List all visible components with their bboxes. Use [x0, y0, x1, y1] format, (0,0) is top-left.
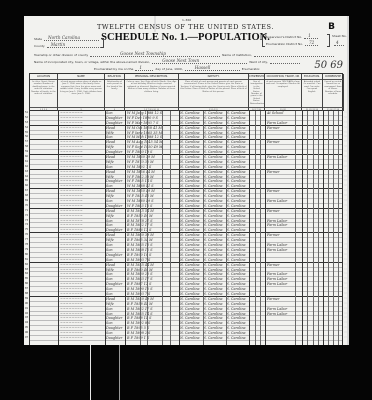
cell-relation: Daughter [106, 253, 124, 257]
cell-birth: N. Carolina [180, 204, 203, 208]
cell-occ: Farm Labor [267, 223, 301, 227]
form-number: 1–366 [182, 18, 191, 22]
enumerated-day: 1 [139, 65, 142, 70]
cell-mother: N. Carolina [226, 145, 249, 149]
cell-occ: Farm Labor [267, 248, 301, 252]
cell-father: N. Carolina [203, 121, 226, 125]
cell-occ [267, 316, 301, 320]
column-group-header: EDUCATION.Attended school (in months). C… [302, 74, 323, 111]
cell-name: ~~~~~~~~ [60, 150, 104, 154]
cell-mother: N. Carolina [226, 233, 249, 237]
cell-occ [267, 268, 301, 272]
column-group-description: of each person whose place of abode on J… [58, 80, 104, 105]
cell-birth: N. Carolina [180, 214, 203, 218]
cell-dwelling [32, 268, 56, 272]
cell-father: N. Carolina [203, 170, 226, 174]
cell-dwelling [32, 194, 56, 198]
cell-mother: N. Carolina [226, 321, 249, 325]
cell-name: ~~~~~~~~ [60, 131, 104, 135]
cell-birth: N. Carolina [180, 219, 203, 223]
cell-relation: Son [106, 258, 124, 262]
cell-relation: Son [106, 277, 124, 281]
cell-dwelling [32, 116, 56, 120]
cell-name: ~~~~~~~~ [60, 253, 104, 257]
cell-relation: Son [106, 184, 124, 188]
cell-mother: N. Carolina [226, 214, 249, 218]
column-group-description: Place of birth of each person and parent… [179, 80, 248, 105]
cell-mother: N. Carolina [226, 131, 249, 135]
cell-mother: N. Carolina [226, 268, 249, 272]
cell-mother: N. Carolina [226, 238, 249, 242]
column-group-header: OCCUPATION, TRADE, OR PROFESSIONof each … [265, 74, 302, 111]
cell-name: ~~~~~~~~ [60, 194, 104, 198]
cell-father: N. Carolina [203, 199, 226, 203]
cell-birth: N. Carolina [180, 199, 203, 203]
cell-occ: Farm Labor [267, 243, 301, 247]
column-group-header: PERSONAL DESCRIPTION.Color or race. Sex.… [125, 74, 179, 111]
cell-father: N. Carolina [203, 297, 226, 301]
cell-name: ~~~~~~~~ [60, 145, 104, 149]
cell-dwelling [32, 219, 56, 223]
grid-line [338, 111, 339, 347]
cell-dwelling [32, 228, 56, 232]
cell-birth: N. Carolina [180, 282, 203, 286]
cell-mother: N. Carolina [226, 111, 249, 115]
cell-dwelling [32, 145, 56, 149]
cell-mother: N. Carolina [226, 248, 249, 252]
cell-occ [267, 131, 301, 135]
cell-relation: Head [106, 297, 124, 301]
cell-father: N. Carolina [203, 277, 226, 281]
cell-father: N. Carolina [203, 307, 226, 311]
cell-relation: Son [106, 272, 124, 276]
grid-line [147, 111, 148, 347]
cell-relation: Head [106, 209, 124, 213]
enumeration-district-value: 72 [309, 40, 314, 45]
cell-mother: N. Carolina [226, 326, 249, 330]
cell-name: ~~~~~~~~ [60, 326, 104, 330]
cell-dwelling [32, 238, 56, 242]
cell-mother: N. Carolina [226, 228, 249, 232]
cell-mother: N. Carolina [226, 155, 249, 159]
cell-dwelling [32, 297, 56, 301]
bracket [327, 34, 330, 47]
cell-mother: N. Carolina [226, 316, 249, 320]
cell-father: N. Carolina [203, 336, 226, 340]
grid-line [226, 111, 227, 347]
cell-mother: N. Carolina [226, 199, 249, 203]
township-label: Township or other division of county [34, 53, 88, 57]
grid-line [328, 111, 329, 347]
cell-dwelling [32, 199, 56, 203]
cell-dwelling [32, 307, 56, 311]
grid-line [333, 111, 334, 347]
cell-birth: N. Carolina [180, 150, 203, 154]
township-value: Goose Nest Township [120, 51, 166, 56]
grid-line [313, 111, 314, 347]
column-group-header: CITIZENSHIP.Year of immigration to the U… [249, 74, 265, 111]
cell-occ: Farm Labor [267, 121, 301, 125]
state-value: North Carolina [48, 35, 80, 40]
cell-mother: N. Carolina [226, 272, 249, 276]
cell-dwelling [32, 175, 56, 179]
cell-birth: N. Carolina [180, 287, 203, 291]
cell-name: ~~~~~~~~ [60, 165, 104, 169]
cell-mother: N. Carolina [226, 243, 249, 247]
column-group-header: OWNERSHIP OF HOME.Owned or rented. Owned… [323, 74, 344, 111]
cell-occ: At School [267, 111, 301, 115]
cell-father: N. Carolina [203, 238, 226, 242]
grid-line [307, 111, 308, 347]
cell-name: ~~~~~~~~ [60, 272, 104, 276]
sheet-no-value-field: 4 [334, 41, 344, 46]
cell-mother: N. Carolina [226, 179, 249, 183]
cell-mother: N. Carolina [226, 170, 249, 174]
cell-name: ~~~~~~~~ [60, 219, 104, 223]
city-value: Goose Nest Town [162, 58, 199, 63]
line-number: 97 [22, 336, 28, 341]
cell-father: N. Carolina [203, 131, 226, 135]
cell-father: N. Carolina [203, 331, 226, 335]
cell-birth: N. Carolina [180, 116, 203, 120]
cell-mother: N. Carolina [226, 150, 249, 154]
cell-birth: N. Carolina [180, 131, 203, 135]
cell-name: ~~~~~~~~ [60, 258, 104, 262]
cell-birth: N. Carolina [180, 184, 203, 188]
cell-relation: Head [106, 263, 124, 267]
cell-occ: Farmer [267, 170, 301, 174]
cell-name: ~~~~~~~~ [60, 116, 104, 120]
sheet-letter: B [328, 22, 335, 32]
grid-line [170, 111, 171, 347]
column-group-header: NATIVITY.Place of birth of each person a… [179, 74, 249, 111]
grid-line [105, 111, 106, 347]
cell-occ [267, 258, 301, 262]
cell-father: N. Carolina [203, 287, 226, 291]
cell-occ [267, 326, 301, 330]
grid-line [140, 111, 141, 347]
cell-relation: Wife [106, 268, 124, 272]
table-header: LOCATIONIn cities. Street. House number.… [30, 74, 342, 111]
enumerator-label: Enumerator. [242, 67, 260, 71]
cell-relation: Son [106, 321, 124, 325]
cell-name: ~~~~~~~~ [60, 321, 104, 325]
census-heading: TWELFTH CENSUS OF THE UNITED STATES. [24, 23, 347, 31]
cell-name: ~~~~~~~~ [60, 204, 104, 208]
cell-occ [267, 228, 301, 232]
cell-dwelling [32, 277, 56, 281]
cell-dwelling [32, 263, 56, 267]
line-numbers-left: 5152535455565758596061626364656667686970… [22, 111, 28, 341]
cell-name: ~~~~~~~~ [60, 316, 104, 320]
cell-dwelling [32, 204, 56, 208]
grid-line [318, 111, 319, 347]
cell-birth: N. Carolina [180, 243, 203, 247]
cell-birth: N. Carolina [180, 272, 203, 276]
cell-mother: N. Carolina [226, 263, 249, 267]
scan-artifact [90, 345, 91, 400]
cell-name: ~~~~~~~~ [60, 336, 104, 340]
cell-occ: Farm Labor [267, 277, 301, 281]
cell-relation: Son [106, 307, 124, 311]
cell-dwelling [32, 165, 56, 169]
cell-dwelling [32, 253, 56, 257]
cell-occ [267, 302, 301, 306]
cell-birth: N. Carolina [180, 326, 203, 330]
cell-birth: N. Carolina [180, 263, 203, 267]
column-group-description: Attended school (in months). Can read. C… [302, 80, 322, 105]
cell-birth: N. Carolina [180, 194, 203, 198]
sheet-no-label: Sheet No. [332, 34, 347, 38]
cell-birth: N. Carolina [180, 145, 203, 149]
cell-father: N. Carolina [203, 160, 226, 164]
bracket [101, 38, 104, 48]
cell-occ: Farm Labor [267, 219, 301, 223]
cell-birth: N. Carolina [180, 111, 203, 115]
cell-name: ~~~~~~~~ [60, 307, 104, 311]
city-field: Name of incorporated city, town, or vill… [34, 59, 300, 64]
cell-birth: N. Carolina [180, 268, 203, 272]
cell-birth: N. Carolina [180, 312, 203, 316]
cell-father: N. Carolina [203, 179, 226, 183]
cell-dwelling [32, 316, 56, 320]
grid-line [203, 111, 204, 347]
cell-father: N. Carolina [203, 184, 226, 188]
cell-dwelling [32, 179, 56, 183]
cell-father: N. Carolina [203, 248, 226, 252]
cell-birth: N. Carolina [180, 175, 203, 179]
cell-occ: Farmer [267, 233, 301, 237]
cell-relation: Wife [106, 238, 124, 242]
cell-father: N. Carolina [203, 282, 226, 286]
cell-birth: N. Carolina [180, 209, 203, 213]
cell-relation: Wife [106, 160, 124, 164]
cell-dwelling [32, 272, 56, 276]
cell-mother: N. Carolina [226, 126, 249, 130]
cell-birth: N. Carolina [180, 160, 203, 164]
enumeration-district-label: Enumeration District No. [266, 42, 303, 46]
cell-occ [267, 175, 301, 179]
census-page: 1–366 TWELFTH CENSUS OF THE UNITED STATE… [24, 16, 349, 350]
cell-relation: Head [106, 170, 124, 174]
cell-mother: N. Carolina [226, 336, 249, 340]
grid-line [179, 111, 180, 347]
cell-occ [267, 135, 301, 139]
enumerator-signature: Hassell [195, 65, 211, 70]
cell-dwelling [32, 282, 56, 286]
cell-father: N. Carolina [203, 321, 226, 325]
cell-name: ~~~~~~~~ [60, 170, 104, 174]
cell-occ [267, 321, 301, 325]
grid-line [255, 111, 256, 347]
cell-father: N. Carolina [203, 116, 226, 120]
cell-relation: Son [106, 219, 124, 223]
cell-occ: Farm Labor [267, 312, 301, 316]
cell-father: N. Carolina [203, 326, 226, 330]
cell-birth: N. Carolina [180, 155, 203, 159]
cell-mother: N. Carolina [226, 297, 249, 301]
cell-name: ~~~~~~~~ [60, 135, 104, 139]
cell-father: N. Carolina [203, 268, 226, 272]
cell-father: N. Carolina [203, 292, 226, 296]
cell-birth: N. Carolina [180, 140, 203, 144]
cell-mother: N. Carolina [226, 121, 249, 125]
county-label: County [34, 44, 45, 48]
cell-relation: Son [106, 243, 124, 247]
cell-mother: N. Carolina [226, 292, 249, 296]
cell-dwelling [32, 302, 56, 306]
cell-relation: Daughter [106, 336, 124, 340]
cell-dwelling [32, 233, 56, 237]
cell-dwelling [32, 331, 56, 335]
state-field: State North Carolina [34, 36, 99, 41]
cell-birth: N. Carolina [180, 135, 203, 139]
cell-relation: Son [106, 331, 124, 335]
cell-mother: N. Carolina [226, 204, 249, 208]
sheet-no-value: 4 [336, 40, 339, 45]
cell-mother: N. Carolina [226, 184, 249, 188]
cell-mother: N. Carolina [226, 189, 249, 193]
cell-relation: Son [106, 312, 124, 316]
cell-birth: N. Carolina [180, 228, 203, 232]
cell-dwelling [32, 121, 56, 125]
cell-birth: N. Carolina [180, 292, 203, 296]
city-label: Name of incorporated city, town, or vill… [34, 60, 150, 64]
cell-name: ~~~~~~~~ [60, 214, 104, 218]
institution-label: Name of Institution, [222, 53, 252, 57]
cell-name: ~~~~~~~~ [60, 302, 104, 306]
cell-relation: Daughter [106, 204, 124, 208]
cell-name: ~~~~~~~~ [60, 175, 104, 179]
cell-occ [267, 165, 301, 169]
grid-line [249, 111, 250, 347]
cell-name: ~~~~~~~~ [60, 263, 104, 267]
cell-birth: N. Carolina [180, 302, 203, 306]
cell-relation: Head [106, 155, 124, 159]
cell-mother: N. Carolina [226, 307, 249, 311]
county-field: County Martin [34, 43, 101, 48]
cell-name: ~~~~~~~~ [60, 199, 104, 203]
cell-birth: N. Carolina [180, 321, 203, 325]
cell-occ [267, 116, 301, 120]
cell-father: N. Carolina [203, 194, 226, 198]
bracket [262, 34, 265, 47]
supervisor-district-value: 1 [308, 33, 311, 38]
cell-name: ~~~~~~~~ [60, 243, 104, 247]
cell-birth: N. Carolina [180, 253, 203, 257]
cell-father: N. Carolina [203, 126, 226, 130]
cell-name: ~~~~~~~~ [60, 282, 104, 286]
cell-dwelling [32, 209, 56, 213]
cell-occ: Farm Labor [267, 155, 301, 159]
cell-occ [267, 194, 301, 198]
cell-father: N. Carolina [203, 253, 226, 257]
cell-dwelling [32, 312, 56, 316]
enumeration-district-field: Enumeration District No. 72 [266, 41, 318, 46]
cell-name: ~~~~~~~~ [60, 248, 104, 252]
grid-line [265, 111, 266, 347]
cell-name: ~~~~~~~~ [60, 331, 104, 335]
cell-dwelling [32, 126, 56, 130]
supervisor-district-field: Supervisor's District No. 1 [266, 34, 318, 39]
cell-birth: N. Carolina [180, 189, 203, 193]
cell-father: N. Carolina [203, 209, 226, 213]
cell-father: N. Carolina [203, 189, 226, 193]
cell-relation: Daughter [106, 282, 124, 286]
cell-mother: N. Carolina [226, 135, 249, 139]
cell-relation: Wife [106, 302, 124, 306]
column-group-description: Relationship of each person to the head … [105, 80, 124, 105]
cell-birth: N. Carolina [180, 126, 203, 130]
cell-birth: N. Carolina [180, 316, 203, 320]
cell-mother: N. Carolina [226, 312, 249, 316]
cell-mother: N. Carolina [226, 277, 249, 281]
cell-dwelling [32, 150, 56, 154]
cell-occ: Farm Labor [267, 199, 301, 203]
cell-father: N. Carolina [203, 302, 226, 306]
scan-artifact [119, 345, 120, 400]
cell-father: N. Carolina [203, 233, 226, 237]
enumerated-label: Enumerated by me on the [94, 67, 133, 71]
cell-father: N. Carolina [203, 272, 226, 276]
cell-occ: Farm Labor [267, 307, 301, 311]
cell-father: N. Carolina [203, 175, 226, 179]
cell-dwelling [32, 135, 56, 139]
cell-relation: Daughter [106, 316, 124, 320]
cell-occ [267, 253, 301, 257]
grid-line [295, 111, 296, 347]
cell-relation: Daughter [106, 228, 124, 232]
cell-dwelling [32, 248, 56, 252]
cell-dwelling [32, 131, 56, 135]
cell-birth: N. Carolina [180, 331, 203, 335]
cell-occ [267, 336, 301, 340]
cell-mother: N. Carolina [226, 282, 249, 286]
grid-line [302, 111, 303, 347]
cell-father: N. Carolina [203, 204, 226, 208]
cell-father: N. Carolina [203, 219, 226, 223]
cell-dwelling [32, 189, 56, 193]
cell-father: N. Carolina [203, 155, 226, 159]
grid-line [162, 111, 163, 347]
cell-dwelling [32, 170, 56, 174]
column-group-header: NAMEof each person whose place of abode … [58, 74, 105, 111]
grid-line [58, 111, 59, 347]
cell-name: ~~~~~~~~ [60, 297, 104, 301]
cell-birth: N. Carolina [180, 165, 203, 169]
cell-dwelling [32, 140, 56, 144]
cell-birth: N. Carolina [180, 238, 203, 242]
cell-relation: Wife [106, 131, 124, 135]
cell-father: N. Carolina [203, 263, 226, 267]
cell-occ: Farmer [267, 189, 301, 193]
sheet-no-field: Sheet No. [332, 34, 347, 38]
column-group-description: of each person TEN YEARS of age and over… [265, 80, 301, 105]
grid-line [125, 111, 126, 347]
line-number: 97 [344, 336, 350, 341]
cell-mother: N. Carolina [226, 175, 249, 179]
cell-dwelling [32, 243, 56, 247]
cell-birth: N. Carolina [180, 336, 203, 340]
cell-birth: N. Carolina [180, 121, 203, 125]
cell-dwelling [32, 214, 56, 218]
cell-name: ~~~~~~~~ [60, 126, 104, 130]
cell-name: ~~~~~~~~ [60, 179, 104, 183]
cell-father: N. Carolina [203, 214, 226, 218]
cell-dwelling [32, 292, 56, 296]
cell-mother: N. Carolina [226, 160, 249, 164]
cell-occ: Farmer [267, 297, 301, 301]
